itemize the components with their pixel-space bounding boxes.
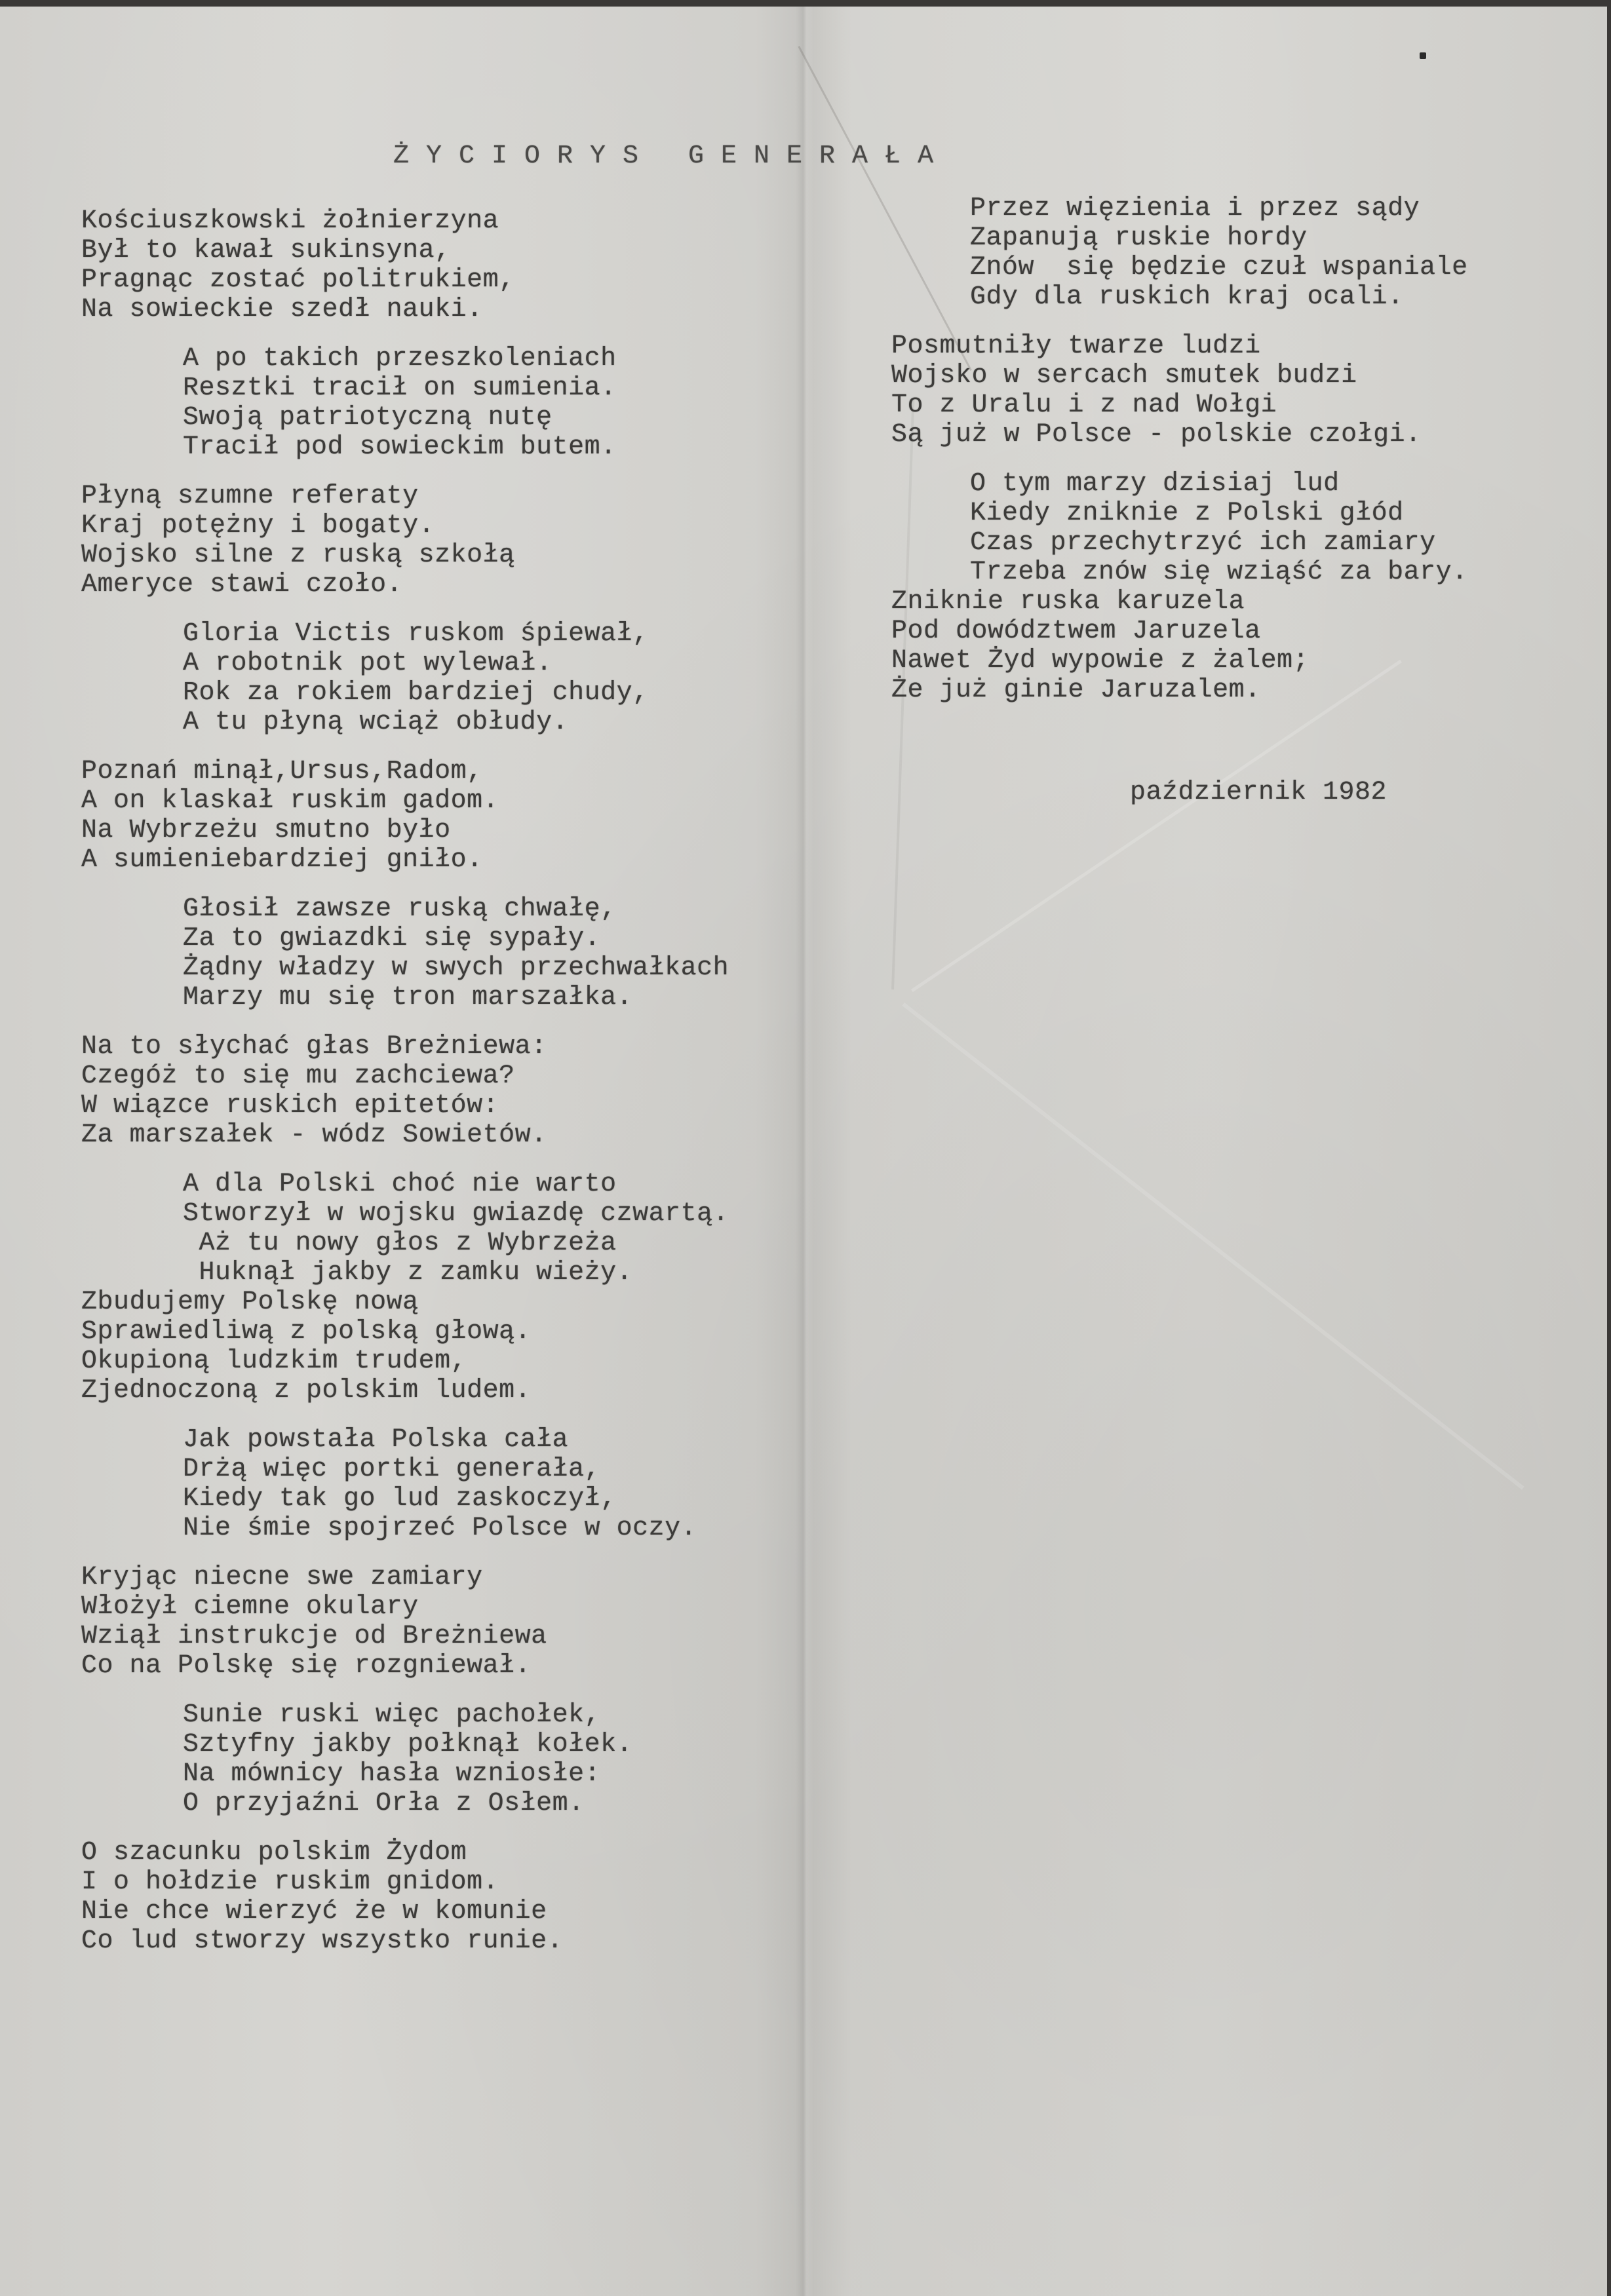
verse-line: Sztyfny jakby połknął kołek. bbox=[183, 1730, 729, 1759]
verse-line: A dla Polski choć nie warto bbox=[183, 1170, 729, 1199]
left-column: Kościuszkowski żołnierzynaBył to kawał s… bbox=[81, 206, 729, 1976]
verse-line: Czas przechytrzyć ich zamiary bbox=[970, 528, 1468, 558]
verse-line: Wojsko silne z ruską szkołą bbox=[81, 541, 729, 570]
verse-line: Wojsko w sercach smutek budzi bbox=[891, 361, 1468, 391]
verse-line: Rok za rokiem bardziej chudy, bbox=[183, 678, 729, 708]
verse-line: Drżą więc portki generała, bbox=[183, 1455, 729, 1484]
typewritten-leaflet-page: ŻYCIORYS GENERAŁA Kościuszkowski żołnier… bbox=[0, 7, 1607, 2296]
verse-line: Na sowieckie szedł nauki. bbox=[81, 295, 729, 324]
verse-line: Gdy dla ruskich kraj ocali. bbox=[970, 282, 1468, 312]
stanza: Jak powstała Polska całaDrżą więc portki… bbox=[81, 1425, 729, 1543]
stanza: Kościuszkowski żołnierzynaBył to kawał s… bbox=[81, 206, 729, 324]
verse-line: Żądny władzy w swych przechwałkach bbox=[183, 953, 729, 983]
verse-line: Płyną szumne referaty bbox=[81, 482, 729, 511]
stanza: Zbudujemy Polskę nowąSprawiedliwą z pols… bbox=[81, 1288, 729, 1406]
stanza: A dla Polski choć nie wartoStworzył w wo… bbox=[81, 1170, 729, 1288]
verse-line: Na mównicy hasła wzniosłe: bbox=[183, 1759, 729, 1789]
verse-line: A tu płyną wciąż obłudy. bbox=[183, 708, 729, 737]
verse-line: A robotnik pot wylewał. bbox=[183, 649, 729, 678]
verse-line: Gloria Victis ruskom śpiewał, bbox=[183, 619, 729, 649]
stanza: Posmutniły twarze ludziWojsko w sercach … bbox=[891, 332, 1468, 450]
verse-line: Resztki tracił on sumienia. bbox=[183, 373, 729, 403]
stanza: O tym marzy dzisiaj ludKiedy zniknie z P… bbox=[891, 469, 1468, 587]
verse-line: Pod dowództwem Jaruzela bbox=[891, 617, 1468, 646]
verse-line: Głosił zawsze ruską chwałę, bbox=[183, 894, 729, 924]
stanza: Płyną szumne referatyKraj potężny i boga… bbox=[81, 482, 729, 600]
stanza: O szacunku polskim ŻydomI o hołdzie rusk… bbox=[81, 1838, 729, 1956]
verse-line: Co na Polskę się rozgniewał. bbox=[81, 1651, 729, 1681]
verse-line: Trzeba znów się wziąść za bary. bbox=[970, 558, 1468, 587]
stanza: Gloria Victis ruskom śpiewał,A robotnik … bbox=[81, 619, 729, 737]
verse-line: Włożył ciemne okulary bbox=[81, 1592, 729, 1622]
verse-line: Co lud stworzy wszystko runie. bbox=[81, 1926, 729, 1956]
poem-title: ŻYCIORYS GENERAŁA bbox=[393, 142, 950, 171]
verse-line: Swoją patriotyczną nutę bbox=[183, 403, 729, 432]
verse-line: Na to słychać głas Breżniewa: bbox=[81, 1032, 729, 1062]
verse-line: Huknął jakby z zamku wieży. bbox=[183, 1258, 729, 1288]
verse-line: Pragnąc zostać politrukiem, bbox=[81, 265, 729, 295]
verse-line: Są już w Polsce - polskie czołgi. bbox=[891, 420, 1468, 450]
right-column: Przez więzienia i przez sądyZapanują rus… bbox=[891, 194, 1468, 725]
verse-line: Za marszałek - wódz Sowietów. bbox=[81, 1120, 729, 1150]
verse-line: Kraj potężny i bogaty. bbox=[81, 511, 729, 541]
verse-line: Kościuszkowski żołnierzyna bbox=[81, 206, 729, 236]
verse-line: Tracił pod sowieckim butem. bbox=[183, 432, 729, 462]
verse-line: Wziął instrukcje od Breżniewa bbox=[81, 1622, 729, 1651]
verse-line: Aż tu nowy głos z Wybrzeża bbox=[183, 1229, 729, 1258]
stanza: Zniknie ruska karuzelaPod dowództwem Jar… bbox=[891, 587, 1468, 705]
verse-line: Czegóż to się mu zachciewa? bbox=[81, 1062, 729, 1091]
verse-line: Że już ginie Jaruzalem. bbox=[891, 676, 1468, 705]
stanza: Sunie ruski więc pachołek,Sztyfny jakby … bbox=[81, 1700, 729, 1818]
verse-line: W wiązce ruskich epitetów: bbox=[81, 1091, 729, 1120]
verse-line: Zniknie ruska karuzela bbox=[891, 587, 1468, 617]
verse-line: A sumieniebardziej gniło. bbox=[81, 845, 729, 875]
verse-line: Jak powstała Polska cała bbox=[183, 1425, 729, 1455]
verse-line: Stworzył w wojsku gwiazdę czwartą. bbox=[183, 1199, 729, 1229]
verse-line: Kiedy zniknie z Polski głód bbox=[970, 499, 1468, 528]
ink-speck bbox=[1420, 52, 1426, 59]
verse-line: Był to kawał sukinsyna, bbox=[81, 236, 729, 265]
verse-line: A po takich przeszkoleniach bbox=[183, 344, 729, 373]
verse-line: O szacunku polskim Żydom bbox=[81, 1838, 729, 1867]
verse-line: Kryjąc niecne swe zamiary bbox=[81, 1563, 729, 1592]
verse-line: Zapanują ruskie hordy bbox=[970, 223, 1468, 253]
verse-line: Marzy mu się tron marszałka. bbox=[183, 983, 729, 1012]
verse-line: Zjednoczoną z polskim ludem. bbox=[81, 1376, 729, 1406]
verse-line: I o hołdzie ruskim gnidom. bbox=[81, 1867, 729, 1897]
verse-line: Kiedy tak go lud zaskoczył, bbox=[183, 1484, 729, 1514]
verse-line: A on klaskał ruskim gadom. bbox=[81, 786, 729, 816]
verse-line: Zbudujemy Polskę nową bbox=[81, 1288, 729, 1317]
center-fold-crease bbox=[796, 7, 814, 2296]
verse-line: Nie śmie spojrzeć Polsce w oczy. bbox=[183, 1514, 729, 1543]
stanza: Poznań minął,Ursus,Radom,A on klaskał ru… bbox=[81, 757, 729, 875]
verse-line: O tym marzy dzisiaj lud bbox=[970, 469, 1468, 499]
verse-line: To z Uralu i z nad Wołgi bbox=[891, 391, 1468, 420]
verse-line: Znów się będzie czuł wspaniale bbox=[970, 253, 1468, 282]
verse-line: Sunie ruski więc pachołek, bbox=[183, 1700, 729, 1730]
stanza: A po takich przeszkoleniachResztki traci… bbox=[81, 344, 729, 462]
verse-line: Nawet Żyd wypowie z żalem; bbox=[891, 646, 1468, 676]
verse-line: Przez więzienia i przez sądy bbox=[970, 194, 1468, 223]
verse-line: Ameryce stawi czoło. bbox=[81, 570, 729, 600]
verse-line: Okupioną ludzkim trudem, bbox=[81, 1347, 729, 1376]
verse-line: Na Wybrzeżu smutno było bbox=[81, 816, 729, 845]
verse-line: Posmutniły twarze ludzi bbox=[891, 332, 1468, 361]
stanza: Na to słychać głas Breżniewa:Czegóż to s… bbox=[81, 1032, 729, 1150]
verse-line: O przyjaźni Orła z Osłem. bbox=[183, 1789, 729, 1818]
stanza: Głosił zawsze ruską chwałę,Za to gwiazdk… bbox=[81, 894, 729, 1012]
verse-line: Sprawiedliwą z polską głową. bbox=[81, 1317, 729, 1347]
verse-line: Nie chce wierzyć że w komunie bbox=[81, 1897, 729, 1926]
poem-date: październik 1982 bbox=[1130, 778, 1387, 807]
verse-line: Poznań minął,Ursus,Radom, bbox=[81, 757, 729, 786]
stanza: Przez więzienia i przez sądyZapanują rus… bbox=[891, 194, 1468, 312]
paper-crease bbox=[902, 1003, 1524, 1490]
stanza: Kryjąc niecne swe zamiaryWłożył ciemne o… bbox=[81, 1563, 729, 1681]
verse-line: Za to gwiazdki się sypały. bbox=[183, 924, 729, 953]
